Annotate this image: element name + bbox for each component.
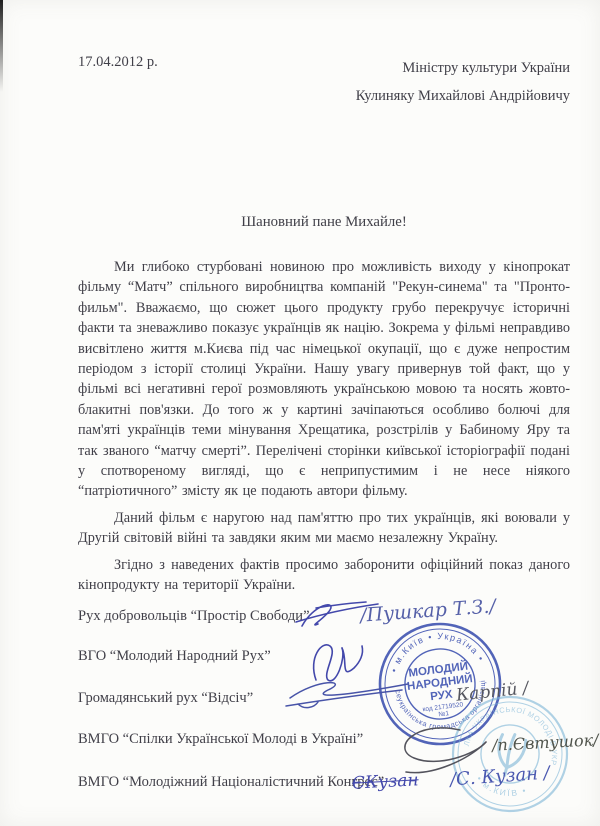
letter-header: 17.04.2012 р. Міністру культури України …: [78, 54, 570, 110]
signatory-org-5: ВМГО “Молодіжний Націоналістичний Конгре…: [78, 774, 384, 791]
signatory-org-1: Рух добровольців “Простір Свободи”: [78, 608, 310, 625]
signatory-org-3: Громадянський рух “Відсіч”: [78, 690, 253, 707]
paragraph-2: Даний фільм є наругою над пам'яттю про т…: [78, 508, 570, 549]
scan-edge-artifact: [0, 0, 3, 92]
signatory-org-2: ВГО “Молодий Народний Рух”: [78, 648, 271, 665]
signature-squiggle-3: [284, 674, 414, 714]
salutation: Шановний пане Михайле!: [78, 214, 570, 231]
signatory-org-4: ВМГО “Спілки Української Молоді в Україн…: [78, 731, 363, 748]
paragraph-3: Згідно з наведених фактів просимо заборо…: [78, 555, 570, 596]
letter-date: 17.04.2012 р.: [78, 54, 158, 71]
scanned-letter-page: 17.04.2012 р. Міністру культури України …: [0, 0, 600, 826]
stamp-number: №1: [438, 710, 450, 718]
letter-content: 17.04.2012 р. Міністру культури України …: [78, 54, 570, 602]
stamp-center-line3: РУХ: [430, 689, 454, 704]
recipient-line-1: Міністру культури України: [356, 54, 570, 82]
letter-body: Ми глибоко стурбовані новиною про можлив…: [78, 257, 570, 596]
recipient-block: Міністру культури України Кулиняку Михай…: [356, 54, 570, 110]
handwritten-signature-kuzan: ЄКузан: [352, 770, 420, 793]
paragraph-1: Ми глибоко стурбовані новиною про можлив…: [78, 257, 570, 502]
recipient-line-2: Кулиняку Михайлові Андрійовичу: [356, 82, 570, 110]
handwritten-name-yevtushok: /п.Євтушок/: [492, 730, 599, 755]
